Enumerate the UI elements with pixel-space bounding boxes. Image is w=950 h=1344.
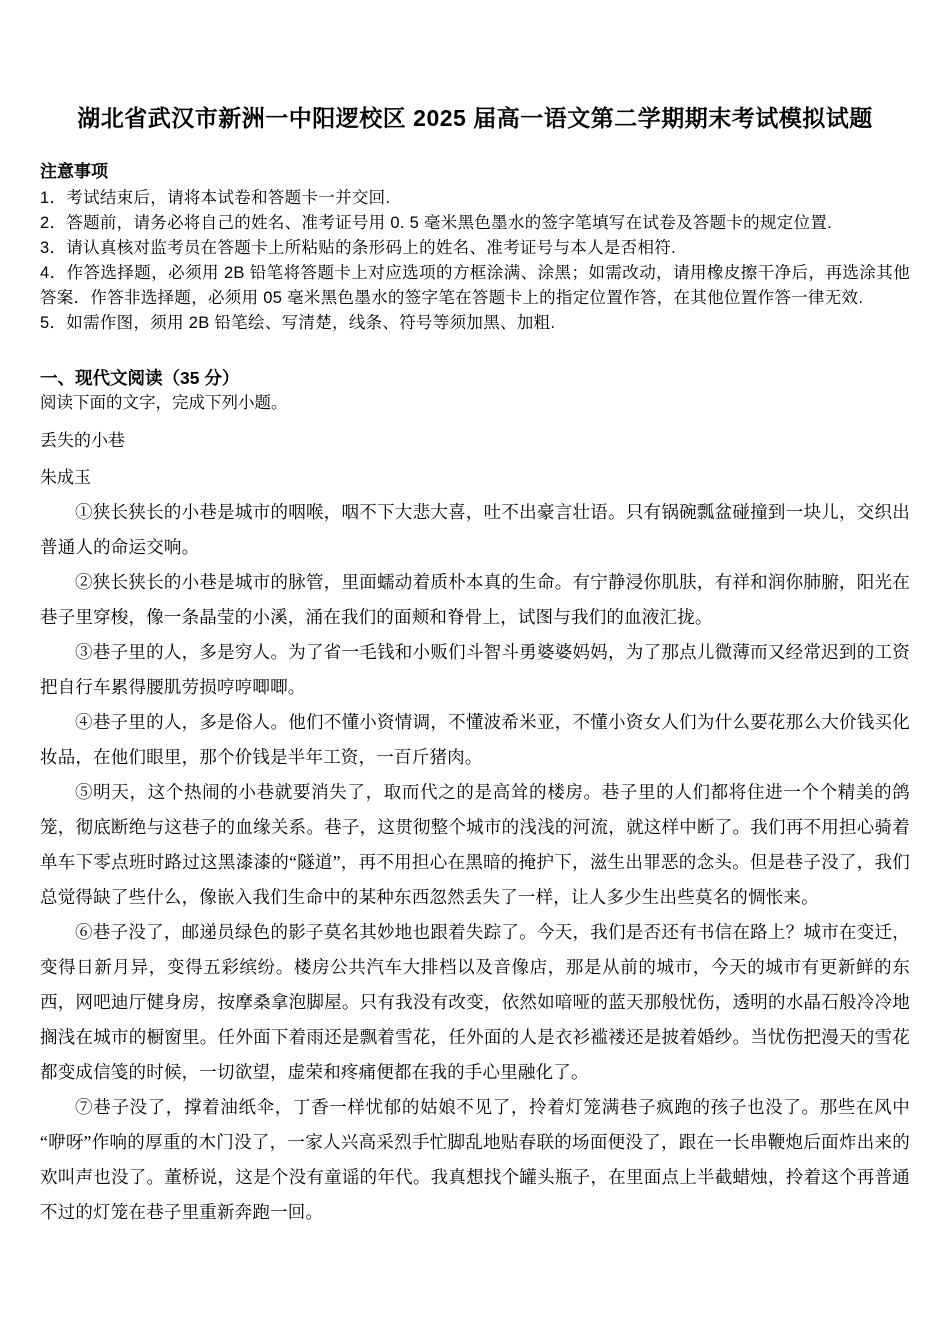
notice-heading: 注意事项 (40, 159, 910, 184)
page-title: 湖北省武汉市新洲一中阳逻校区 2025 届高一语文第二学期期末考试模拟试题 (40, 104, 910, 133)
notice-item-1: 1．考试结束后，请将本试卷和答题卡一并交回. (40, 186, 910, 211)
essay-paragraph-7: ⑦巷子没了，撑着油纸伞，丁香一样忧郁的姑娘不见了，拎着灯笼满巷子疯跑的孩子也没了… (40, 1090, 910, 1230)
notice-item-3: 3．请认真核对监考员在答题卡上所粘贴的条形码上的姓名、准考证号与本人是否相符. (40, 236, 910, 261)
essay-paragraph-6: ⑥巷子没了，邮递员绿色的影子莫名其妙地也跟着失踪了。今天，我们是否还有书信在路上… (40, 915, 910, 1090)
notice-item-5: 5．如需作图，须用 2B 铅笔绘、写清楚，线条、符号等须加黑、加粗. (40, 311, 910, 336)
essay-paragraph-2: ②狭长狭长的小巷是城市的脉管，里面蠕动着质朴本真的生命。有宁静浸你肌肤，有祥和润… (40, 565, 910, 635)
essay-title: 丢失的小巷 (40, 430, 910, 452)
reading-intro: 阅读下面的文字，完成下列小题。 (40, 391, 910, 416)
reading-passage: 丢失的小巷 朱成玉 ①狭长狭长的小巷是城市的咽喉，咽不下大悲大喜，吐不出豪言壮语… (40, 430, 910, 1230)
notice-item-4: 4．作答选择题，必须用 2B 铅笔将答题卡上对应选项的方框涂满、涂黑；如需改动，… (40, 261, 910, 311)
spacer (40, 336, 910, 366)
essay-paragraph-5: ⑤明天，这个热闹的小巷就要消失了，取而代之的是高耸的楼房。巷子里的人们都将住进一… (40, 775, 910, 915)
essay-paragraph-3: ③巷子里的人，多是穷人。为了省一毛钱和小贩们斗智斗勇婆婆妈妈，为了那点儿微薄而又… (40, 635, 910, 705)
modern-reading-section: 一、现代文阅读（35 分） 阅读下面的文字，完成下列小题。 丢失的小巷 朱成玉 … (40, 366, 910, 1230)
notice-section: 注意事项 1．考试结束后，请将本试卷和答题卡一并交回. 2．答题前，请务必将自己… (40, 159, 910, 336)
essay-author: 朱成玉 (40, 467, 910, 489)
notice-item-2: 2．答题前，请务必将自己的姓名、准考证号用 0. 5 毫米黑色墨水的签字笔填写在… (40, 211, 910, 236)
document-body: { "page": { "title": "湖北省武汉市新洲一中阳逻校区 202… (0, 0, 950, 1344)
essay-paragraph-1: ①狭长狭长的小巷是城市的咽喉，咽不下大悲大喜，吐不出豪言壮语。只有锅碗瓢盆碰撞到… (40, 495, 910, 565)
section-heading: 一、现代文阅读（35 分） (40, 366, 910, 391)
exam-paper-page: 湖北省武汉市新洲一中阳逻校区 2025 届高一语文第二学期期末考试模拟试题 注意… (0, 0, 950, 1344)
essay-paragraph-4: ④巷子里的人，多是俗人。他们不懂小资情调，不懂波希米亚，不懂小资女人们为什么要花… (40, 705, 910, 775)
